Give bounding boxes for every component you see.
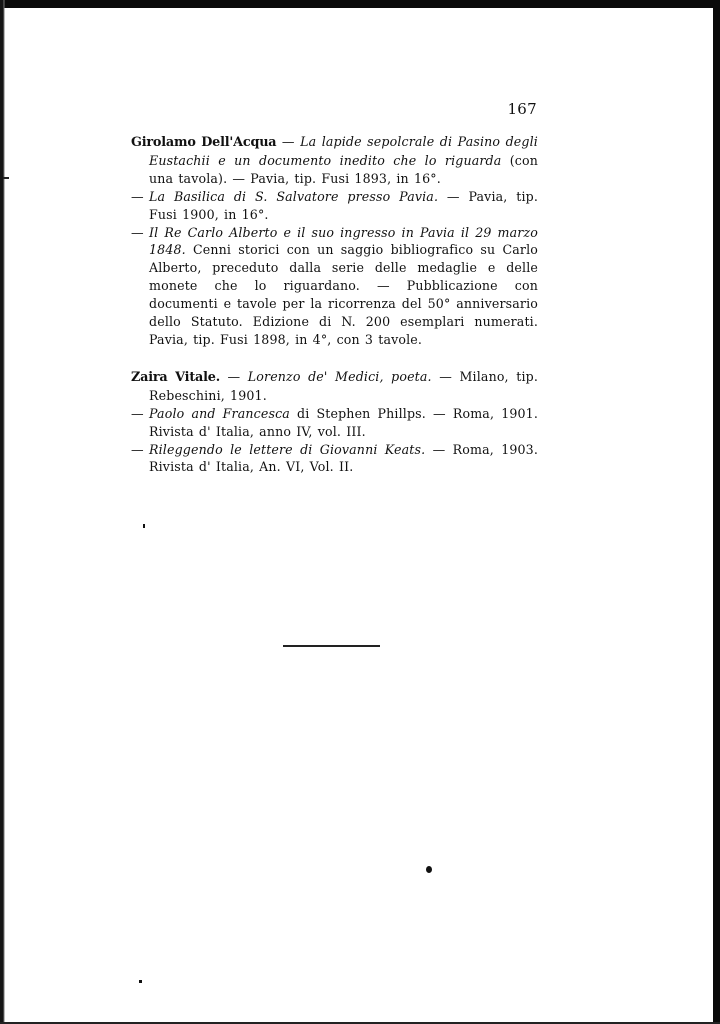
bibliography-entry: —Rileggendo le lettere di Giovanni Keats… (131, 441, 538, 477)
bibliography-entry: Girolamo Dell'Acqua — La lapide sepolcra… (131, 133, 538, 188)
entry-dash: — (131, 188, 149, 206)
section-rule (283, 645, 380, 647)
bibliography-entry: —Il Re Carlo Alberto e il suo ingresso i… (131, 224, 538, 349)
bibliography-entry: —La Basilica di S. Salvatore presso Pavi… (131, 188, 538, 224)
scan-dot (426, 866, 432, 873)
author-name: Zaira Vitale. (131, 370, 220, 385)
entry-dash: — (131, 441, 149, 459)
bibliography: Girolamo Dell'Acqua — La lapide sepolcra… (131, 133, 538, 476)
bibliography-entry: —Paolo and Francesca di Stephen Phillps.… (131, 405, 538, 441)
author-block-dellacqua: Girolamo Dell'Acqua — La lapide sepolcra… (131, 133, 538, 349)
entry-dash: — (131, 405, 149, 423)
scan-margin-mark (3, 177, 9, 179)
work-title: Paolo and Francesca (149, 406, 290, 421)
scan-border-right (713, 0, 720, 1024)
page-number: 167 (500, 100, 537, 118)
entry-dash: — (131, 224, 149, 242)
author-block-vitale: Zaira Vitale. — Lorenzo de' Medici, poet… (131, 368, 538, 476)
work-title: La Basilica di S. Salvatore presso Pavia… (149, 189, 438, 204)
bibliography-entry: Zaira Vitale. — Lorenzo de' Medici, poet… (131, 368, 538, 405)
scan-speck (143, 524, 145, 528)
scan-speck (139, 980, 142, 983)
author-name: Girolamo Dell'Acqua (131, 135, 276, 150)
work-title: Rileggendo le lettere di Giovanni Keats. (149, 442, 425, 457)
separator-dash: — (276, 134, 300, 149)
work-title: Lorenzo de' Medici, poeta. (248, 369, 432, 384)
scan-border-left (0, 0, 5, 1024)
scan-border-top (0, 0, 720, 8)
separator-dash: — (220, 369, 248, 384)
work-details: Cenni storici con un saggio bibliografic… (149, 242, 538, 347)
